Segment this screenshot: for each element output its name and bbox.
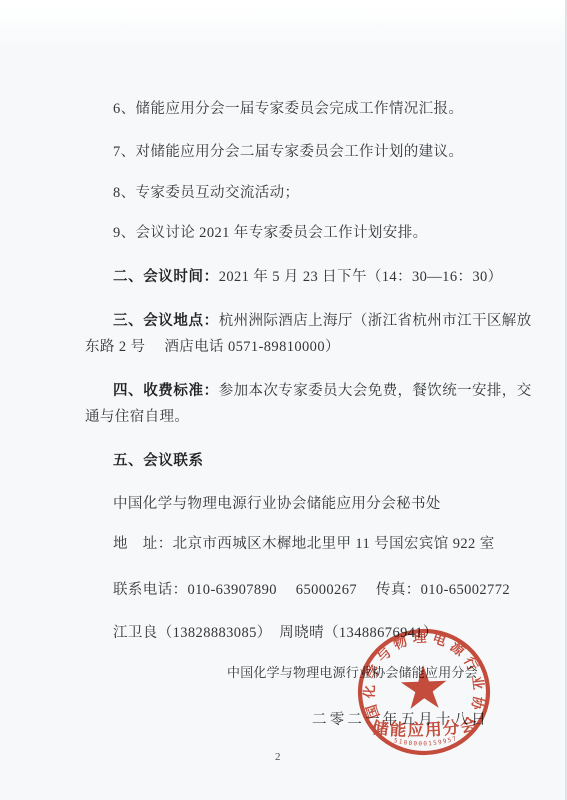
- meeting-time-line: 二、会议时间：2021 年 5 月 23 日下午（14：30—16：30）: [113, 265, 503, 286]
- fee-value: 参加本次专家委员大会免费，餐饮统一安排，交: [219, 383, 532, 399]
- contact-section-heading: 五、会议联系: [113, 449, 204, 470]
- document-page: 6、储能应用分会一届专家委员会完成工作情况汇报。 7、对储能应用分会二届专家委员…: [0, 0, 567, 800]
- seal-star-icon: [400, 664, 447, 709]
- agenda-item-6: 6、储能应用分会一届专家委员会完成工作情况汇报。: [113, 97, 463, 118]
- meeting-time-value: 2021 年 5 月 23 日下午（14：30—16：30）: [219, 269, 503, 285]
- meeting-venue-value: 杭州洲际酒店上海厅（浙江省杭州市江干区解放: [219, 313, 532, 329]
- address-line: 地 址：北京市西城区木樨地北里甲 11 号国宏宾馆 922 室: [113, 532, 495, 553]
- meeting-venue-line2: 东路 2 号 酒店电话 0571-89810000）: [85, 335, 340, 356]
- secretariat-line: 中国化学与物理电源行业协会储能应用分会秘书处: [113, 492, 441, 513]
- meeting-venue-line1: 三、会议地点：杭州洲际酒店上海厅（浙江省杭州市江干区解放: [113, 309, 532, 330]
- page-number: 2: [275, 751, 281, 763]
- agenda-item-7: 7、对储能应用分会二届专家委员会工作计划的建议。: [113, 140, 463, 161]
- phones-line: 联系电话：010-63907890 65000267 传真：010-650027…: [113, 578, 510, 599]
- meeting-venue-label: 三、会议地点：: [113, 313, 219, 329]
- fee-line1: 四、收费标准：参加本次专家委员大会免费，餐饮统一安排，交: [113, 379, 532, 400]
- seal-ring-text: 中国化学与物理电源行业协会: [353, 625, 488, 722]
- agenda-item-9: 9、会议讨论 2021 年专家委员会工作计划安排。: [113, 221, 428, 242]
- meeting-time-label: 二、会议时间：: [113, 269, 219, 285]
- agenda-item-8: 8、专家委员互动交流活动；: [113, 181, 299, 202]
- svg-text:中国化学与物理电源行业协会: 中国化学与物理电源行业协会: [353, 625, 488, 722]
- official-seal: 中国化学与物理电源行业协会 储能应用分会 5100000159957: [353, 625, 495, 760]
- fee-label: 四、收费标准：: [113, 383, 219, 399]
- fee-line2: 通与住宿自理。: [85, 405, 189, 426]
